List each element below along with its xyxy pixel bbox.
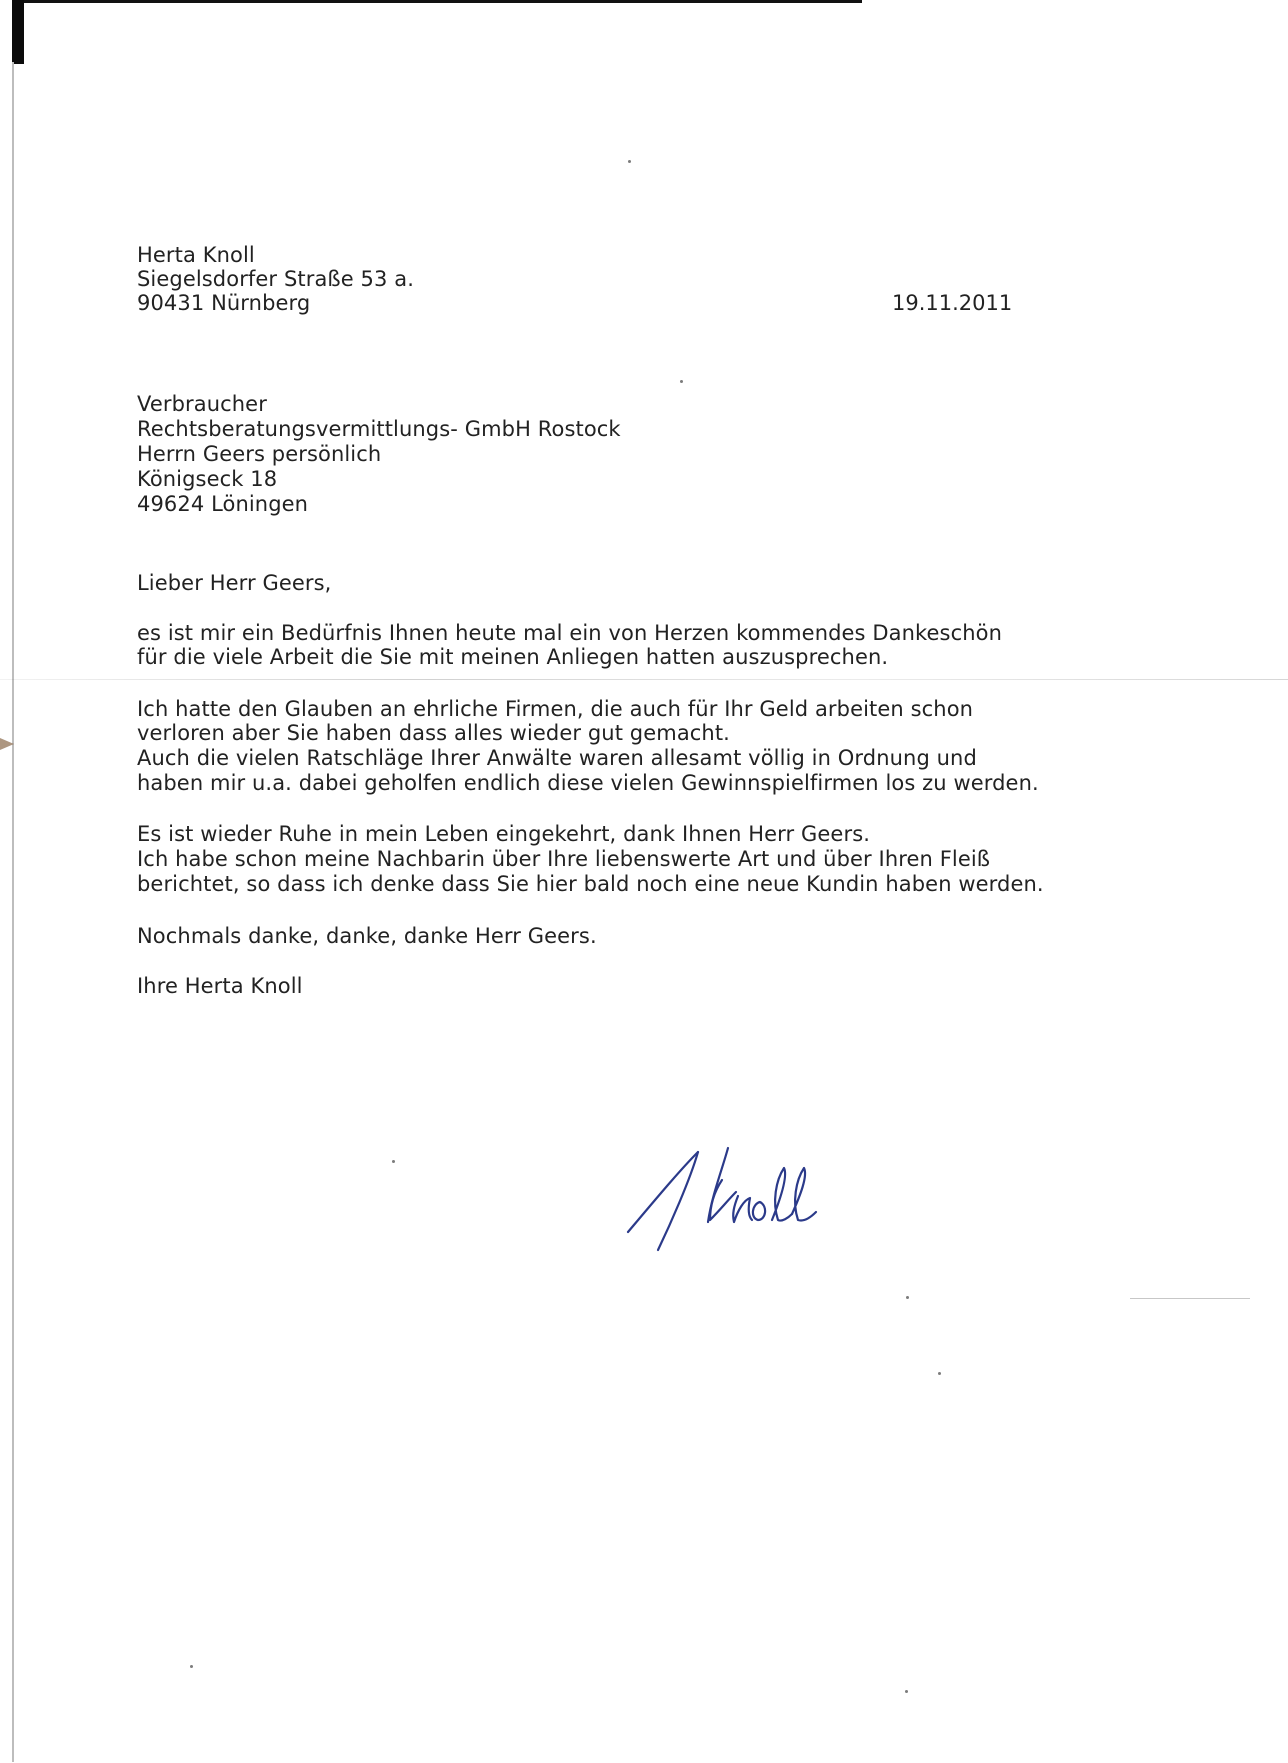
scan-speck xyxy=(190,1665,193,1668)
handwritten-signature xyxy=(610,1140,830,1260)
scan-speck xyxy=(905,1690,908,1693)
scan-border-left xyxy=(12,0,24,64)
body-p1-line: es ist mir ein Bedürfnis Ihnen heute mal… xyxy=(137,621,1002,645)
recipient-line-5: 49624 Löningen xyxy=(137,492,308,516)
paper-fold-line-secondary xyxy=(1130,1298,1250,1299)
recipient-line-1: Verbraucher xyxy=(137,392,267,416)
body-p4: Nochmals danke, danke, danke Herr Geers. xyxy=(137,924,597,948)
scan-page-edge xyxy=(12,62,14,1762)
scanned-letter-page: Herta Knoll Siegelsdorfer Straße 53 a. 9… xyxy=(0,0,1288,1763)
sender-name: Herta Knoll xyxy=(137,243,255,267)
scan-border-top xyxy=(12,0,862,3)
edge-mark-icon xyxy=(0,738,14,750)
letter-date: 19.11.2011 xyxy=(892,291,1012,315)
sender-city: 90431 Nürnberg xyxy=(137,291,310,315)
sender-street: Siegelsdorfer Straße 53 a. xyxy=(137,267,414,291)
body-p3-line: berichtet, so dass ich denke dass Sie hi… xyxy=(137,872,1044,896)
body-p2-line: verloren aber Sie haben dass alles wiede… xyxy=(137,721,730,745)
body-p2-line: Auch die vielen Ratschläge Ihrer Anwälte… xyxy=(137,746,977,770)
paper-fold-line xyxy=(0,679,1288,680)
scan-speck xyxy=(938,1372,941,1375)
scan-speck xyxy=(906,1296,909,1299)
body-p3-line: Es ist wieder Ruhe in mein Leben eingeke… xyxy=(137,822,870,846)
body-p2-line: Ich hatte den Glauben an ehrliche Firmen… xyxy=(137,697,973,721)
body-p1-line: für die viele Arbeit die Sie mit meinen … xyxy=(137,645,888,669)
body-p3-line: Ich habe schon meine Nachbarin über Ihre… xyxy=(137,847,990,871)
salutation: Lieber Herr Geers, xyxy=(137,571,331,595)
scan-speck xyxy=(680,380,683,383)
recipient-line-4: Königseck 18 xyxy=(137,467,277,491)
scan-speck xyxy=(392,1160,395,1163)
recipient-line-3: Herrn Geers persönlich xyxy=(137,442,381,466)
closing: Ihre Herta Knoll xyxy=(137,974,303,998)
body-p2-line: haben mir u.a. dabei geholfen endlich di… xyxy=(137,771,1039,795)
recipient-line-2: Rechtsberatungsvermittlungs- GmbH Rostoc… xyxy=(137,417,621,441)
scan-speck xyxy=(628,160,631,163)
